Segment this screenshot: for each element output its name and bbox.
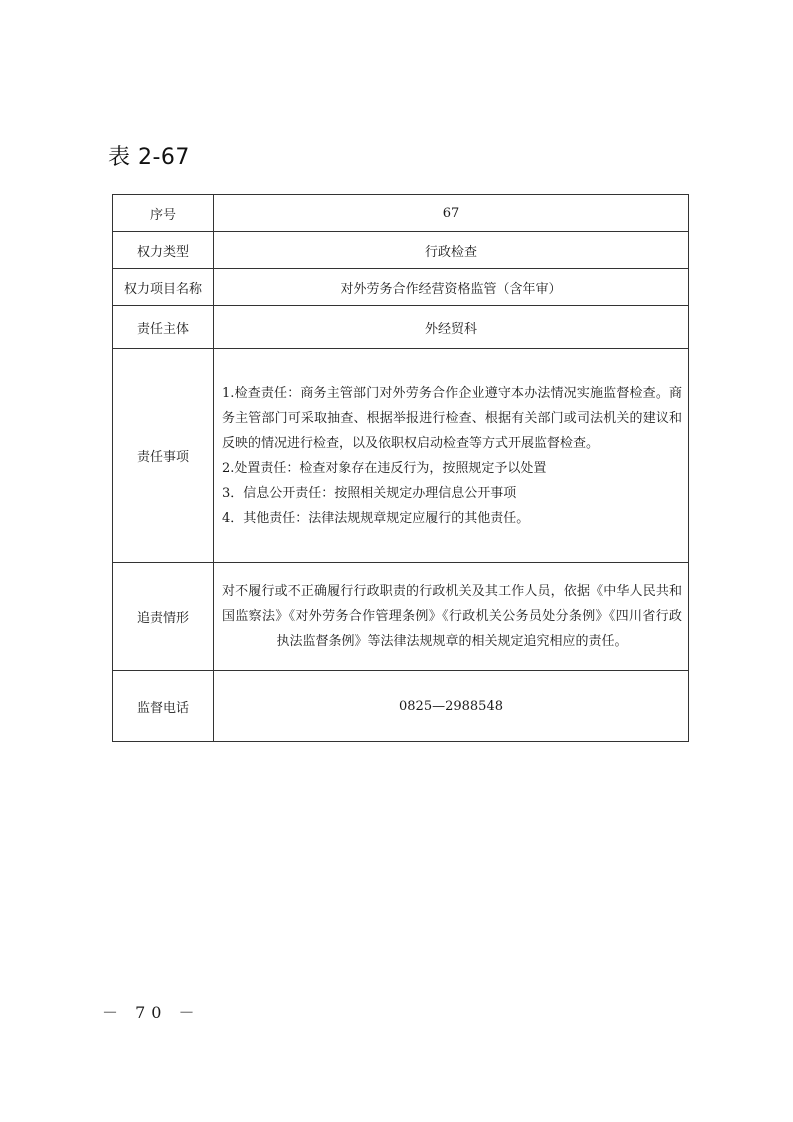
row-label: 追责情形 [113, 563, 214, 671]
responsibility-item: 1.检查责任：商务主管部门对外劳务合作企业遵守本办法情况实施监督检查。商务主管部… [222, 381, 682, 456]
responsibility-item: 2.处置责任：检查对象存在违反行为，按照规定予以处置 [222, 456, 682, 481]
phone-number: 0825—2988548 [214, 671, 689, 742]
table-row-responsible-entity: 责任主体 外经贸科 [113, 306, 689, 349]
responsibility-item: 4．其他责任：法律法规规章规定应履行的其他责任。 [222, 506, 682, 531]
table-row-accountability: 追责情形 对不履行或不正确履行行政职责的行政机关及其工作人员，依据《中华人民共和… [113, 563, 689, 671]
responsibility-item: 3．信息公开责任：按照相关规定办理信息公开事项 [222, 481, 682, 506]
table-title: 表 2-67 [108, 140, 190, 171]
table-row-serial: 序号 67 [113, 195, 689, 232]
responsibility-table: 序号 67 权力类型 行政检查 权力项目名称 对外劳务合作经营资格监管（含年审）… [112, 194, 689, 742]
row-value: 行政检查 [214, 232, 689, 269]
table-row-power-item-name: 权力项目名称 对外劳务合作经营资格监管（含年审） [113, 269, 689, 306]
responsibility-list: 1.检查责任：商务主管部门对外劳务合作企业遵守本办法情况实施监督检查。商务主管部… [214, 349, 689, 563]
row-value: 67 [214, 195, 689, 232]
table-row-power-type: 权力类型 行政检查 [113, 232, 689, 269]
row-label: 责任主体 [113, 306, 214, 349]
accountability-text: 对不履行或不正确履行行政职责的行政机关及其工作人员，依据《中华人民共和国监察法》… [222, 579, 682, 654]
row-value: 对外劳务合作经营资格监管（含年审） [214, 269, 689, 306]
row-value: 外经贸科 [214, 306, 689, 349]
row-label: 序号 [113, 195, 214, 232]
row-label: 责任事项 [113, 349, 214, 563]
row-label: 监督电话 [113, 671, 214, 742]
table-row-responsibilities: 责任事项 1.检查责任：商务主管部门对外劳务合作企业遵守本办法情况实施监督检查。… [113, 349, 689, 563]
row-label: 权力项目名称 [113, 269, 214, 306]
row-label: 权力类型 [113, 232, 214, 269]
page-number: － 70 － [102, 1000, 201, 1023]
table-row-supervision-phone: 监督电话 0825—2988548 [113, 671, 689, 742]
